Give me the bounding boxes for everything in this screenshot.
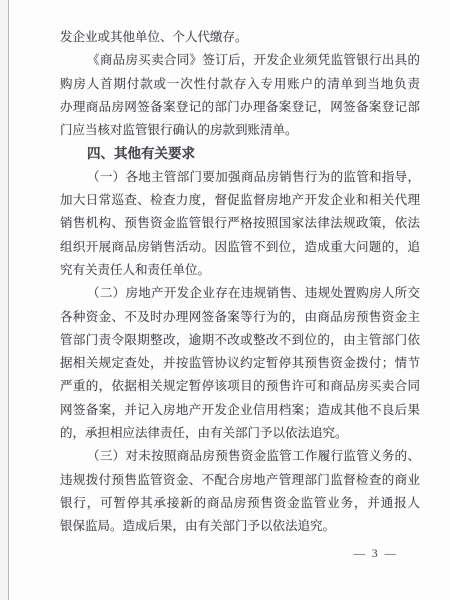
text-line: 加大日常巡查、检查力度，督促监督房地产开发企业和相关代理 [60, 189, 420, 212]
text-line: 销售机构、预售资金监管银行严格按照国家法律法规政策，依法 [60, 212, 420, 235]
text-line: 银行，可暂停其承接新的商品房预售资金监管业务，并通报人行、 [60, 492, 420, 515]
text-line: 购房人首期付款或一次性付款存入专用账户的清单到当地负责 [60, 73, 420, 96]
text-line: 门应当核对监管银行确认的房款到账清单。 [60, 119, 420, 142]
text-line: 办理商品房网签备案登记的部门办理备案登记，网签备案登记部 [60, 96, 420, 119]
text-line: 据相关规定查处，并按监管协议约定暂停其预售资金拨付；情节 [60, 352, 420, 375]
text-line: 银保监局。造成后果，由有关部门予以依法追究。 [60, 515, 420, 538]
text-line: （二）房地产开发企业存在违规销售、违规处置购房人所交 [60, 282, 420, 305]
text-line: 严重的，依据相关规定暂停该项目的预售许可和商品房买卖合同 [60, 375, 420, 398]
text-line: （三）对未按照商品房预售资金监管工作履行监管义务的、 [60, 445, 420, 468]
scan-edge-line [8, 0, 9, 600]
text-line: 的，承担相应法律责任，由有关部门予以依法追究。 [60, 422, 420, 445]
text-line: 究有关责任人和责任单位。 [60, 259, 420, 282]
text-line: 组织开展商品房销售活动。因监管不到位，造成重大问题的，追 [60, 236, 420, 259]
text-line: 各种资金、不及时办理网签备案等行为的，由商品房预售资金主 [60, 306, 420, 329]
scan-edge-strip [0, 0, 8, 600]
text-line: 管部门责令限期整改，逾期不改或整改不到位的，由主管部门依 [60, 329, 420, 352]
text-line: 违规拨付预售监管资金、不配合房地产管理部门监督检查的商业 [60, 469, 420, 492]
text-line: 网签备案，并记入房地产开发企业信用档案；造成其他不良后果 [60, 399, 420, 422]
document-text: 发企业或其他单位、个人代缴存。 《商品房买卖合同》签订后，开发企业须凭监管银行出… [60, 26, 420, 539]
section-heading: 四、其他有关要求 [60, 142, 420, 165]
text-line: （一）各地主管部门要加强商品房销售行为的监管和指导， [60, 166, 420, 189]
text-line: 发企业或其他单位、个人代缴存。 [60, 26, 420, 49]
scanned-document-page: 发企业或其他单位、个人代缴存。 《商品房买卖合同》签订后，开发企业须凭监管银行出… [0, 0, 450, 600]
page-number: — 3 — [354, 548, 399, 560]
text-line: 《商品房买卖合同》签订后，开发企业须凭监管银行出具的 [60, 49, 420, 72]
